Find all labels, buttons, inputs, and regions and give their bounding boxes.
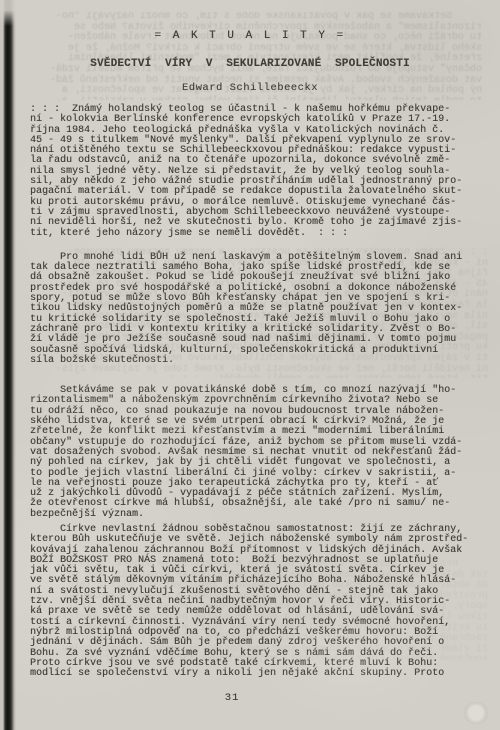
scanned-document-page: Setkáváme se pak v povatikánské době s t…	[0, 0, 500, 730]
binding-edge-shadow	[0, 0, 16, 730]
paragraph: Setkáváme se pak v povatikánské době s t…	[30, 386, 476, 520]
article-author: Edward Schillebeeckx	[0, 82, 500, 94]
paragraph: Církve nevlastní žádnou soběstačnou samo…	[30, 525, 476, 679]
page-number: 31	[0, 692, 482, 704]
article-body: : : : Známý holandský teolog se účastnil…	[30, 105, 476, 679]
article-title: SVĚDECTVÍ VÍRY V SEKULARIZOVANÉ SPOLEČNO…	[0, 58, 500, 70]
page-content: = A K T U A L I T Y = SVĚDECTVÍ VÍRY V S…	[0, 0, 500, 730]
paragraph: Pro mnohé lidi BŮH už není laskavým a po…	[30, 253, 476, 366]
paragraph: : : : Známý holandský teolog se účastnil…	[30, 105, 476, 239]
rubric-heading: = A K T U A L I T Y =	[0, 30, 500, 42]
